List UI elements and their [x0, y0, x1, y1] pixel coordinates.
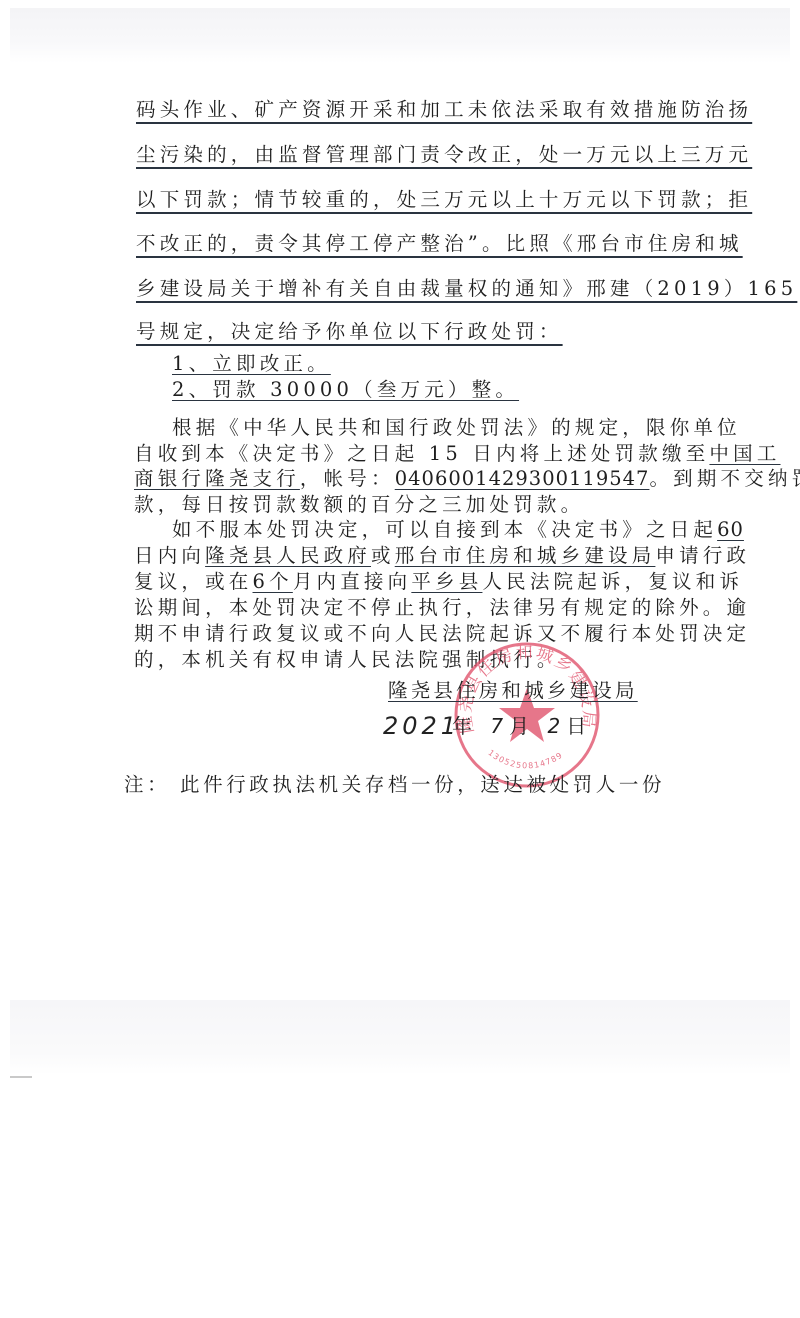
- paragraph-line: 码头作业、矿产资源开采和加工未依法采取有效措施防治扬: [136, 100, 752, 120]
- payment-text: 。到期不交纳罚: [649, 467, 800, 490]
- scan-bleed-bottom: [10, 1000, 790, 1075]
- issuing-authority: 隆尧县住房和城乡建设局: [388, 675, 638, 703]
- paragraph-line: 号规定，决定给予你单位以下行政处罚：: [136, 322, 563, 342]
- penalty-item-2: 2、罚款 30000（叁万元）整。: [172, 380, 519, 400]
- appeal-line-2: 日内向隆尧县人民政府或邢台市住房和城乡建设局申请行政: [134, 546, 750, 566]
- paragraph-line: 不改正的，责令其停工停产整治”。比照《邢台市住房和城: [136, 234, 743, 254]
- penalty-item-1: 1、立即改正。: [172, 354, 331, 374]
- appeal-text: 如不服本处罚决定，可以自接到本《决定书》之日起: [172, 518, 717, 541]
- appeal-line-5: 期不申请行政复议或不向人民法院起诉又不履行本处罚决定: [134, 624, 750, 644]
- payment-line-2: 自收到本《决定书》之日起 15 日内将上述处罚款缴至中国工: [134, 444, 781, 464]
- day-label: 日: [566, 714, 592, 738]
- paragraph-line: 以下罚款；情节较重的，处三万元以上十万元以下罚款；拒: [136, 190, 752, 210]
- date-month: 7: [490, 714, 509, 738]
- county-government: 隆尧县人民政府: [205, 544, 371, 567]
- bank-name-part-1: 中国工: [709, 442, 780, 465]
- court-county: 平乡县: [411, 570, 482, 593]
- distribution-note: 注： 此件行政执法机关存档一份，送达被处罚人一份: [124, 775, 665, 795]
- date-day: 2: [547, 714, 566, 738]
- date-line: 年 7月 2日: [452, 710, 592, 739]
- appeal-line-4: 讼期间，本处罚决定不停止执行，法律另有规定的除外。逾: [134, 598, 750, 618]
- appeal-months: 6个: [253, 570, 293, 593]
- appeal-text: 复议，或在: [134, 570, 253, 593]
- payment-line-4: 款，每日按罚款数额的百分之三加处罚款。: [134, 495, 584, 515]
- scan-edge-mark: [10, 1076, 32, 1078]
- paragraph-line: 尘污染的，由监督管理部门责令改正，处一万元以上三万元: [136, 145, 752, 165]
- appeal-text: 月内直接向: [293, 570, 412, 593]
- account-number: 0406001429300119547: [395, 467, 650, 490]
- svg-text:1305250814789: 1305250814789: [486, 748, 564, 770]
- appeal-text: 日内向: [134, 544, 205, 567]
- month-label: 月: [509, 714, 535, 738]
- payment-text: 自收到本《决定书》之日起 15 日内将上述处罚款缴至: [134, 442, 709, 465]
- appeal-days: 60: [717, 518, 744, 541]
- appeal-text: 或: [371, 544, 395, 567]
- bank-name-part-2: 商银行隆尧支行: [134, 467, 300, 490]
- appeal-line-3: 复议，或在6个月内直接向平乡县人民法院起诉，复议和诉: [134, 572, 743, 592]
- payment-line-3: 商银行隆尧支行，帐号：0406001429300119547。到期不交纳罚: [134, 469, 800, 489]
- paragraph-line: 乡建设局关于增补有关自由裁量权的通知》邢建（2019）165: [136, 279, 797, 299]
- year-label: 年: [452, 714, 478, 738]
- appeal-line-1: 如不服本处罚决定，可以自接到本《决定书》之日起60: [172, 520, 744, 540]
- payment-line-1: 根据《中华人民共和国行政处罚法》的规定，限你单位: [172, 418, 741, 438]
- appeal-text: 申请行政: [655, 544, 750, 567]
- date-year-handwritten: 2021: [383, 712, 460, 740]
- account-label: ，帐号：: [300, 467, 395, 490]
- city-bureau: 邢台市住房和城乡建设局: [395, 544, 656, 567]
- document-page: 码头作业、矿产资源开采和加工未依法采取有效措施防治扬 尘污染的，由监督管理部门责…: [0, 0, 800, 1000]
- appeal-text: 人民法院起诉，复议和诉: [482, 570, 743, 593]
